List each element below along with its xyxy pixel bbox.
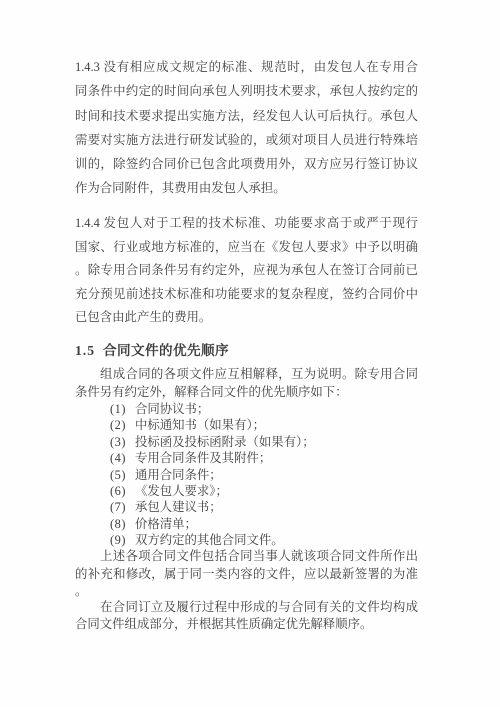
- list-item-number: (4): [110, 451, 126, 465]
- text-line: 需要对实施方法进行研发试验的，或须对项目人员进行特殊培: [75, 128, 418, 152]
- list-item-number: (6): [110, 484, 126, 498]
- text-line: 在合同订立及履行过程中形成的与合同有关的文件均构成: [75, 599, 418, 616]
- text-line: 训的，除签约合同价已包含此项费用外，双方应另行签订协议: [75, 152, 418, 176]
- amendments-paragraph: 上述各项合同文件包括合同当事人就该项合同文件所作出 的补充和修改，属于同一类内容…: [75, 548, 418, 601]
- clause-1-4-4-paragraph: 1.4.4 发包人对于工程的技术标准、功能要求高于或严于现行 国家、行业或地方标…: [75, 212, 418, 330]
- priority-intro-paragraph: 组成合同的各项文件应互相解释，互为说明。除专用合同 条件另有约定外，解释合同文件…: [75, 365, 418, 401]
- list-item-number: (1): [110, 402, 126, 416]
- list-item-text: 中标通知书（如果有）；: [135, 418, 265, 432]
- list-item-text: 双方约定的其他合同文件。: [135, 533, 284, 547]
- contract-documents-list: (1)合同协议书； (2)中标通知书（如果有）； (3)投标函及投标函附录（如果…: [75, 401, 418, 549]
- list-item-text: 合同协议书；: [135, 402, 209, 416]
- list-item-number: (5): [110, 468, 126, 482]
- list-item: (8)价格清单；: [110, 516, 418, 532]
- text-line: 国家、行业或地方标准的，应当在《发包人要求》中予以明确: [75, 236, 418, 260]
- list-item-number: (8): [110, 517, 126, 531]
- list-item-text: 承包人建议书；: [135, 500, 222, 514]
- list-item: (3)投标函及投标函附录（如果有）；: [110, 434, 418, 450]
- text-line: 1.4.4 发包人对于工程的技术标准、功能要求高于或严于现行: [75, 212, 418, 236]
- text-line: 上述各项合同文件包括合同当事人就该项合同文件所作出: [75, 548, 418, 566]
- list-item-text: 专用合同条件及其附件；: [135, 451, 271, 465]
- list-item: (6)《发包人要求》；: [110, 483, 418, 499]
- text-line: 时间和技术要求提出实施方法，经发包人认可后执行。承包人: [75, 104, 418, 128]
- list-item: (1)合同协议书；: [110, 401, 418, 417]
- text-line: 组成合同的各项文件应互相解释，互为说明。除专用合同: [75, 365, 418, 383]
- text-line: 充分预见前述技术标准和功能要求的复杂程度，签约合同价中: [75, 283, 418, 307]
- text-line: 。除专用合同条件另有约定外，应视为承包人在签订合同前已: [75, 259, 418, 283]
- list-item-number: (2): [110, 418, 126, 432]
- section-heading-1-5: 1.5合同文件的优先顺序: [75, 339, 418, 359]
- heading-number: 1.5: [75, 343, 95, 358]
- text-line: 作为合同附件，其费用由发包人承担。: [75, 176, 418, 200]
- list-item-text: 投标函及投标函附录（如果有）；: [135, 435, 315, 449]
- list-item: (5)通用合同条件；: [110, 467, 418, 483]
- list-item: (7)承包人建议书；: [110, 499, 418, 515]
- text-line: 的补充和修改，属于同一类内容的文件，应以最新签署的为准: [75, 566, 418, 584]
- text-line: 1.4.3 没有相应成文规定的标准、规范时，由发包人在专用合: [75, 55, 418, 79]
- text-line: 合同文件组成部分，并根据其性质确定优先解释顺序。: [75, 616, 418, 633]
- list-item-text: 《发包人要求》；: [135, 484, 228, 498]
- list-item: (2)中标通知书（如果有）；: [110, 417, 418, 433]
- list-item-text: 通用合同条件；: [135, 468, 222, 482]
- list-item-number: (9): [110, 533, 126, 547]
- text-line: 已包含由此产生的费用。: [75, 306, 418, 330]
- list-item-number: (7): [110, 500, 126, 514]
- list-item-number: (3): [110, 435, 126, 449]
- contract-document-page: 1.4.3 没有相应成文规定的标准、规范时，由发包人在专用合 同条件中约定的时间…: [0, 0, 500, 707]
- list-item-text: 价格清单；: [135, 517, 197, 531]
- text-line: 条件另有约定外，解释合同文件的优先顺序如下：: [75, 383, 418, 401]
- performance-documents-paragraph: 在合同订立及履行过程中形成的与合同有关的文件均构成 合同文件组成部分，并根据其性…: [75, 599, 418, 632]
- heading-title: 合同文件的优先顺序: [103, 343, 229, 358]
- clause-1-4-3-paragraph: 1.4.3 没有相应成文规定的标准、规范时，由发包人在专用合 同条件中约定的时间…: [75, 55, 418, 201]
- text-line: 同条件中约定的时间向承包人列明技术要求，承包人按约定的: [75, 79, 418, 103]
- list-item: (4)专用合同条件及其附件；: [110, 450, 418, 466]
- list-item: (9)双方约定的其他合同文件。: [110, 532, 418, 548]
